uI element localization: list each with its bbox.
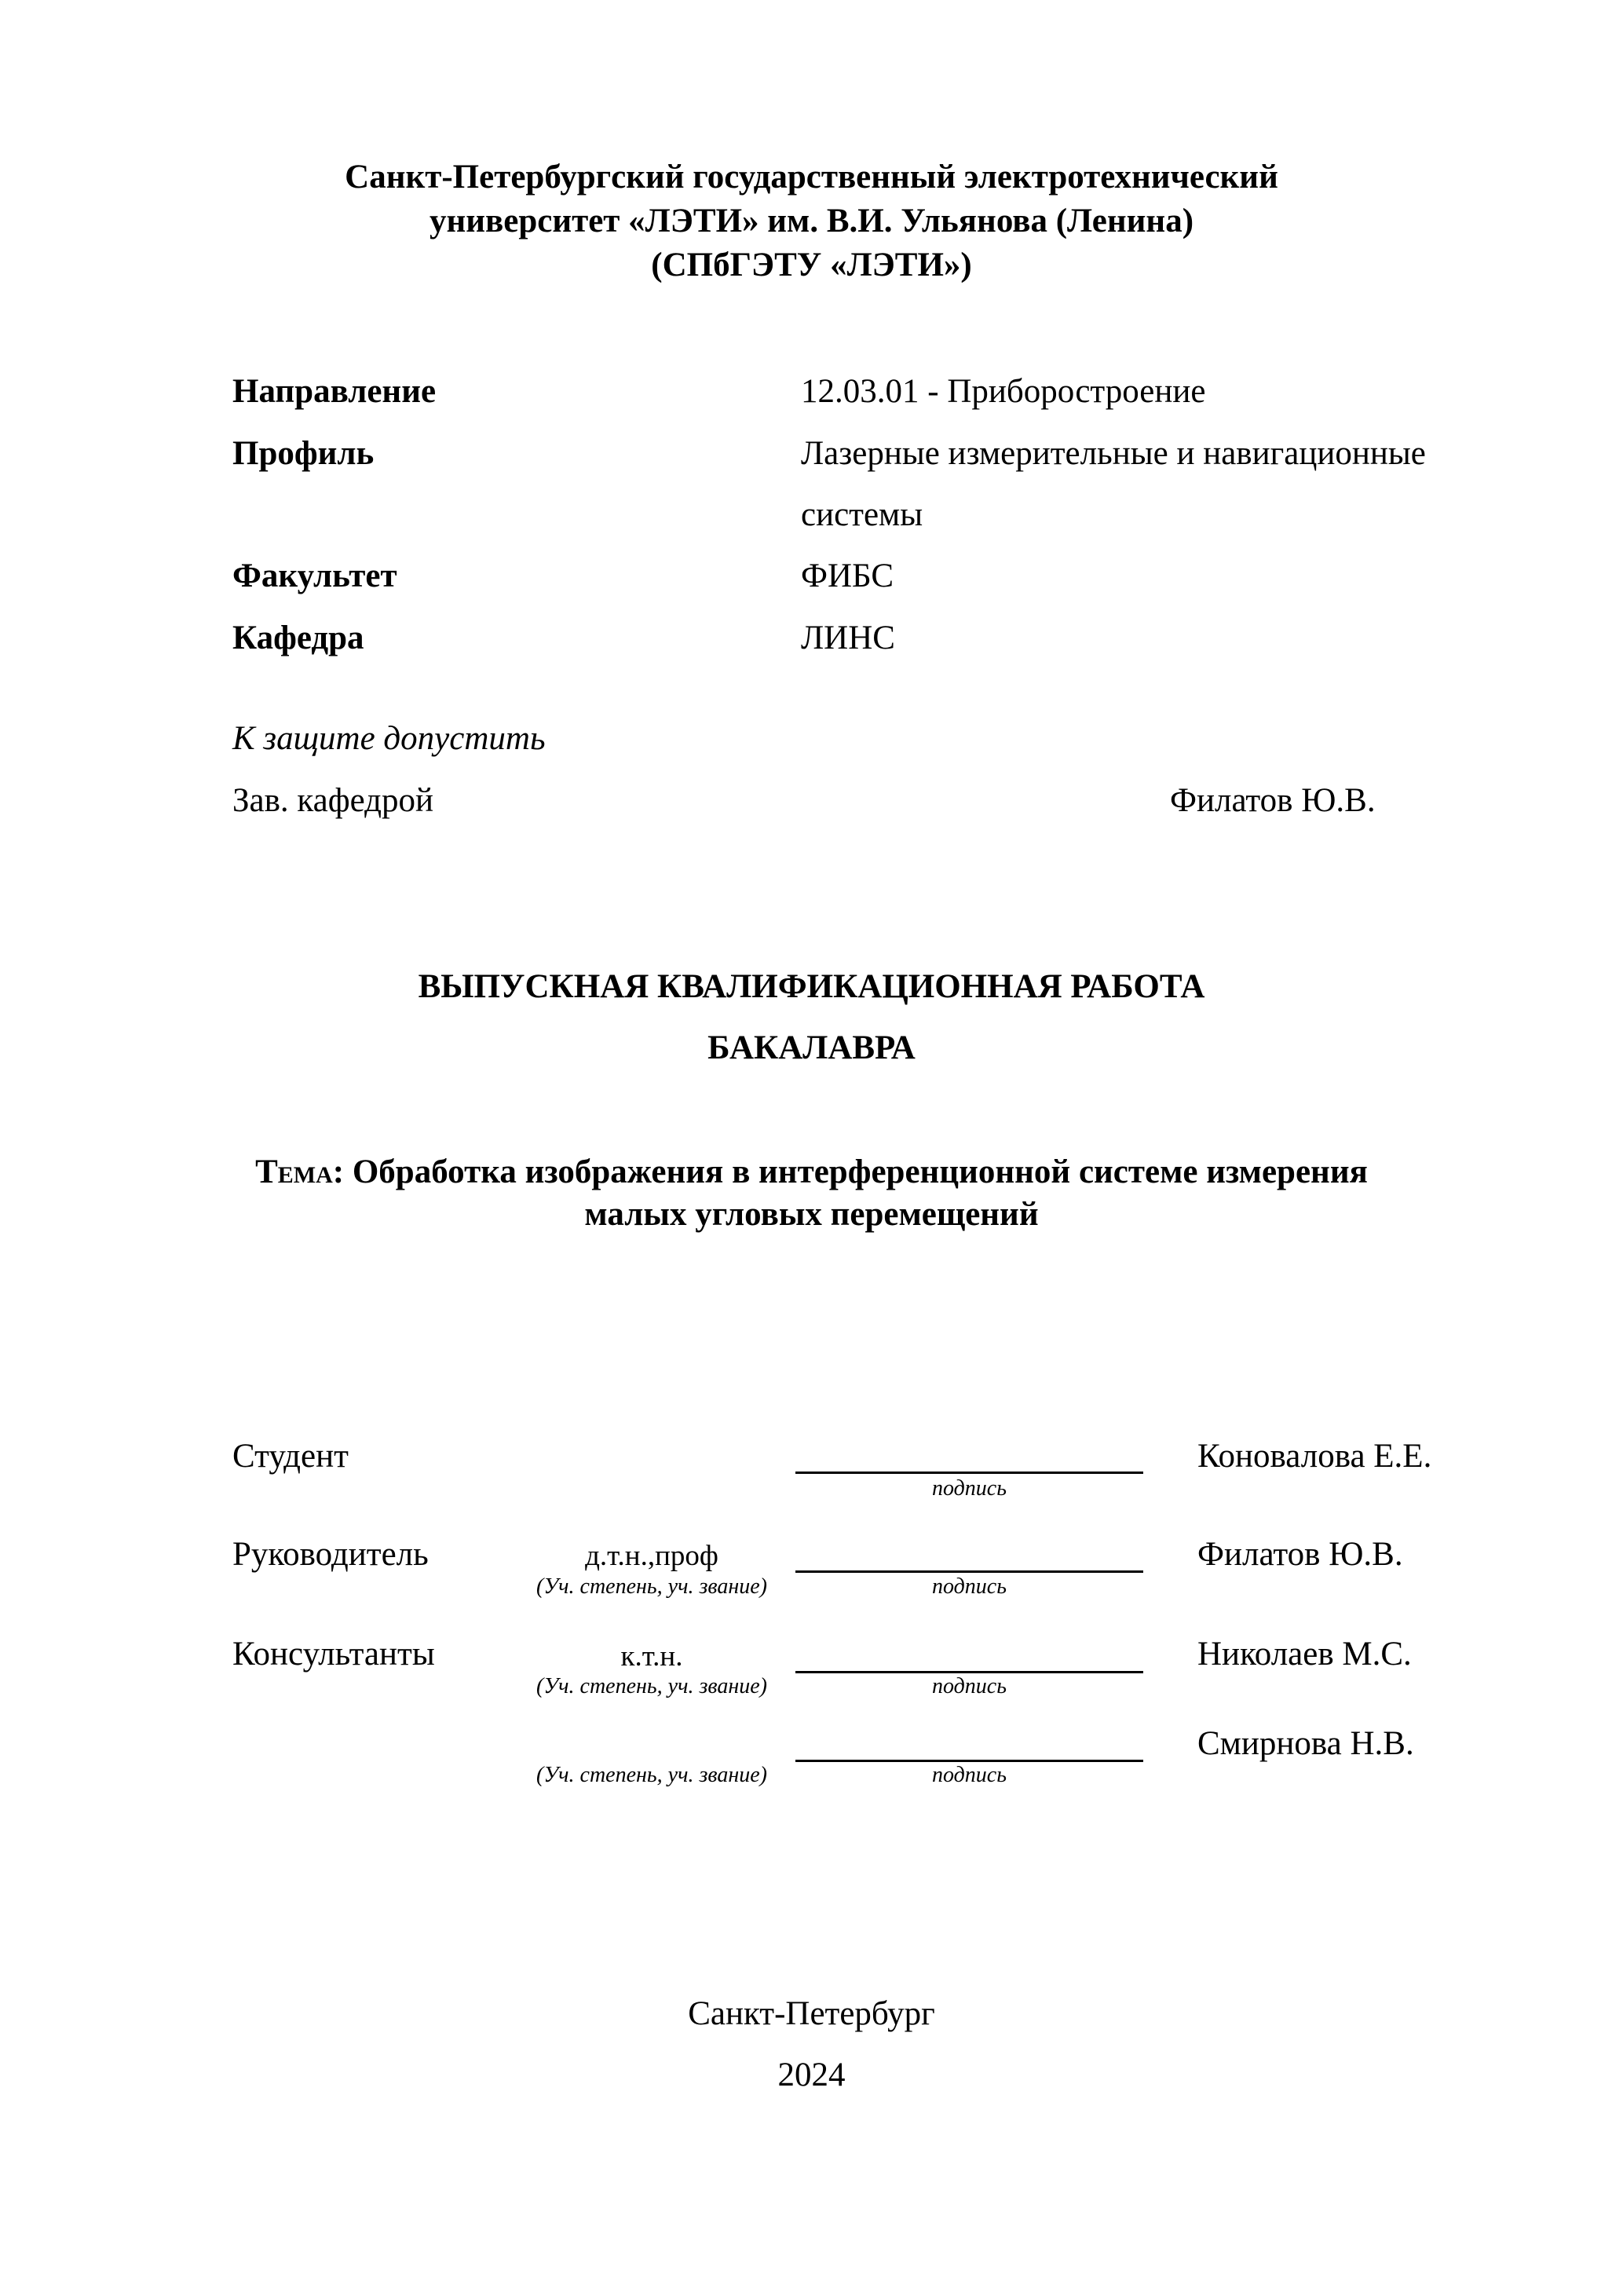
direction-label: Направление — [232, 372, 436, 411]
consultant-2-signature-line — [795, 1760, 1143, 1762]
thesis-topic: Тема: Обработка изображения в интерферен… — [0, 1151, 1623, 1236]
footer-year: 2024 — [0, 2056, 1623, 2094]
university-name-line1: Санкт-Петербургский государственный элек… — [0, 155, 1623, 199]
university-header: Санкт-Петербургский государственный элек… — [0, 155, 1623, 287]
university-abbreviation: (СПбГЭТУ «ЛЭТИ») — [0, 243, 1623, 287]
head-of-department-name: Филатов Ю.В. — [1170, 781, 1376, 820]
consultant-1-signature-line — [795, 1671, 1143, 1673]
profile-value-line1: Лазерные измерительные и навигационные — [801, 423, 1539, 484]
student-name: Коновалова Е.Е. — [1197, 1437, 1431, 1475]
university-name-line2: университет «ЛЭТИ» им. В.И. Ульянова (Ле… — [0, 199, 1623, 243]
admission-note: К защите допустить — [232, 719, 546, 758]
supervisor-role: Руководитель — [232, 1535, 429, 1574]
supervisor-degree-caption: (Уч. степень, уч. звание) — [518, 1574, 785, 1600]
profile-value: Лазерные измерительные и навигационные с… — [801, 423, 1539, 546]
thesis-title-line1: ВЫПУСКНАЯ КВАЛИФИКАЦИОННАЯ РАБОТА — [0, 956, 1623, 1018]
supervisor-degree: д.т.н.,проф — [518, 1539, 785, 1573]
consultant-2-degree-caption: (Уч. степень, уч. звание) — [518, 1763, 785, 1788]
footer-city: Санкт-Петербург — [0, 1994, 1623, 2033]
topic-line2: малых угловых перемещений — [0, 1194, 1623, 1236]
consultant-1-degree-caption: (Уч. степень, уч. звание) — [518, 1674, 785, 1699]
consultant-2-name: Смирнова Н.В. — [1197, 1724, 1414, 1763]
topic-label: Тема: — [255, 1153, 344, 1190]
department-label: Кафедра — [232, 619, 364, 658]
direction-value: 12.03.01 - Приборостроение — [801, 361, 1539, 422]
consultant-1-degree: к.т.н. — [518, 1640, 785, 1673]
consultant-1-name: Николаев М.С. — [1197, 1635, 1412, 1673]
thesis-title: ВЫПУСКНАЯ КВАЛИФИКАЦИОННАЯ РАБОТА БАКАЛА… — [0, 956, 1623, 1079]
student-signature-line — [795, 1472, 1143, 1474]
consultant-1-signature-caption: подпись — [795, 1674, 1143, 1699]
faculty-value: ФИБС — [801, 546, 1539, 607]
department-value: ЛИНС — [801, 608, 1539, 669]
head-of-department-label: Зав. кафедрой — [232, 781, 433, 820]
consultants-role: Консультанты — [232, 1635, 435, 1673]
faculty-label: Факультет — [232, 557, 397, 596]
supervisor-name: Филатов Ю.В. — [1197, 1535, 1403, 1574]
profile-label: Профиль — [232, 434, 374, 473]
student-role: Студент — [232, 1437, 349, 1475]
supervisor-signature-caption: подпись — [795, 1574, 1143, 1600]
profile-value-line2: системы — [801, 484, 1539, 546]
supervisor-signature-line — [795, 1570, 1143, 1573]
consultant-2-signature-caption: подпись — [795, 1763, 1143, 1788]
student-signature-caption: подпись — [795, 1476, 1143, 1501]
topic-line1: Обработка изображения в интерференционно… — [353, 1153, 1368, 1190]
thesis-title-line2: БАКАЛАВРА — [0, 1018, 1623, 1079]
